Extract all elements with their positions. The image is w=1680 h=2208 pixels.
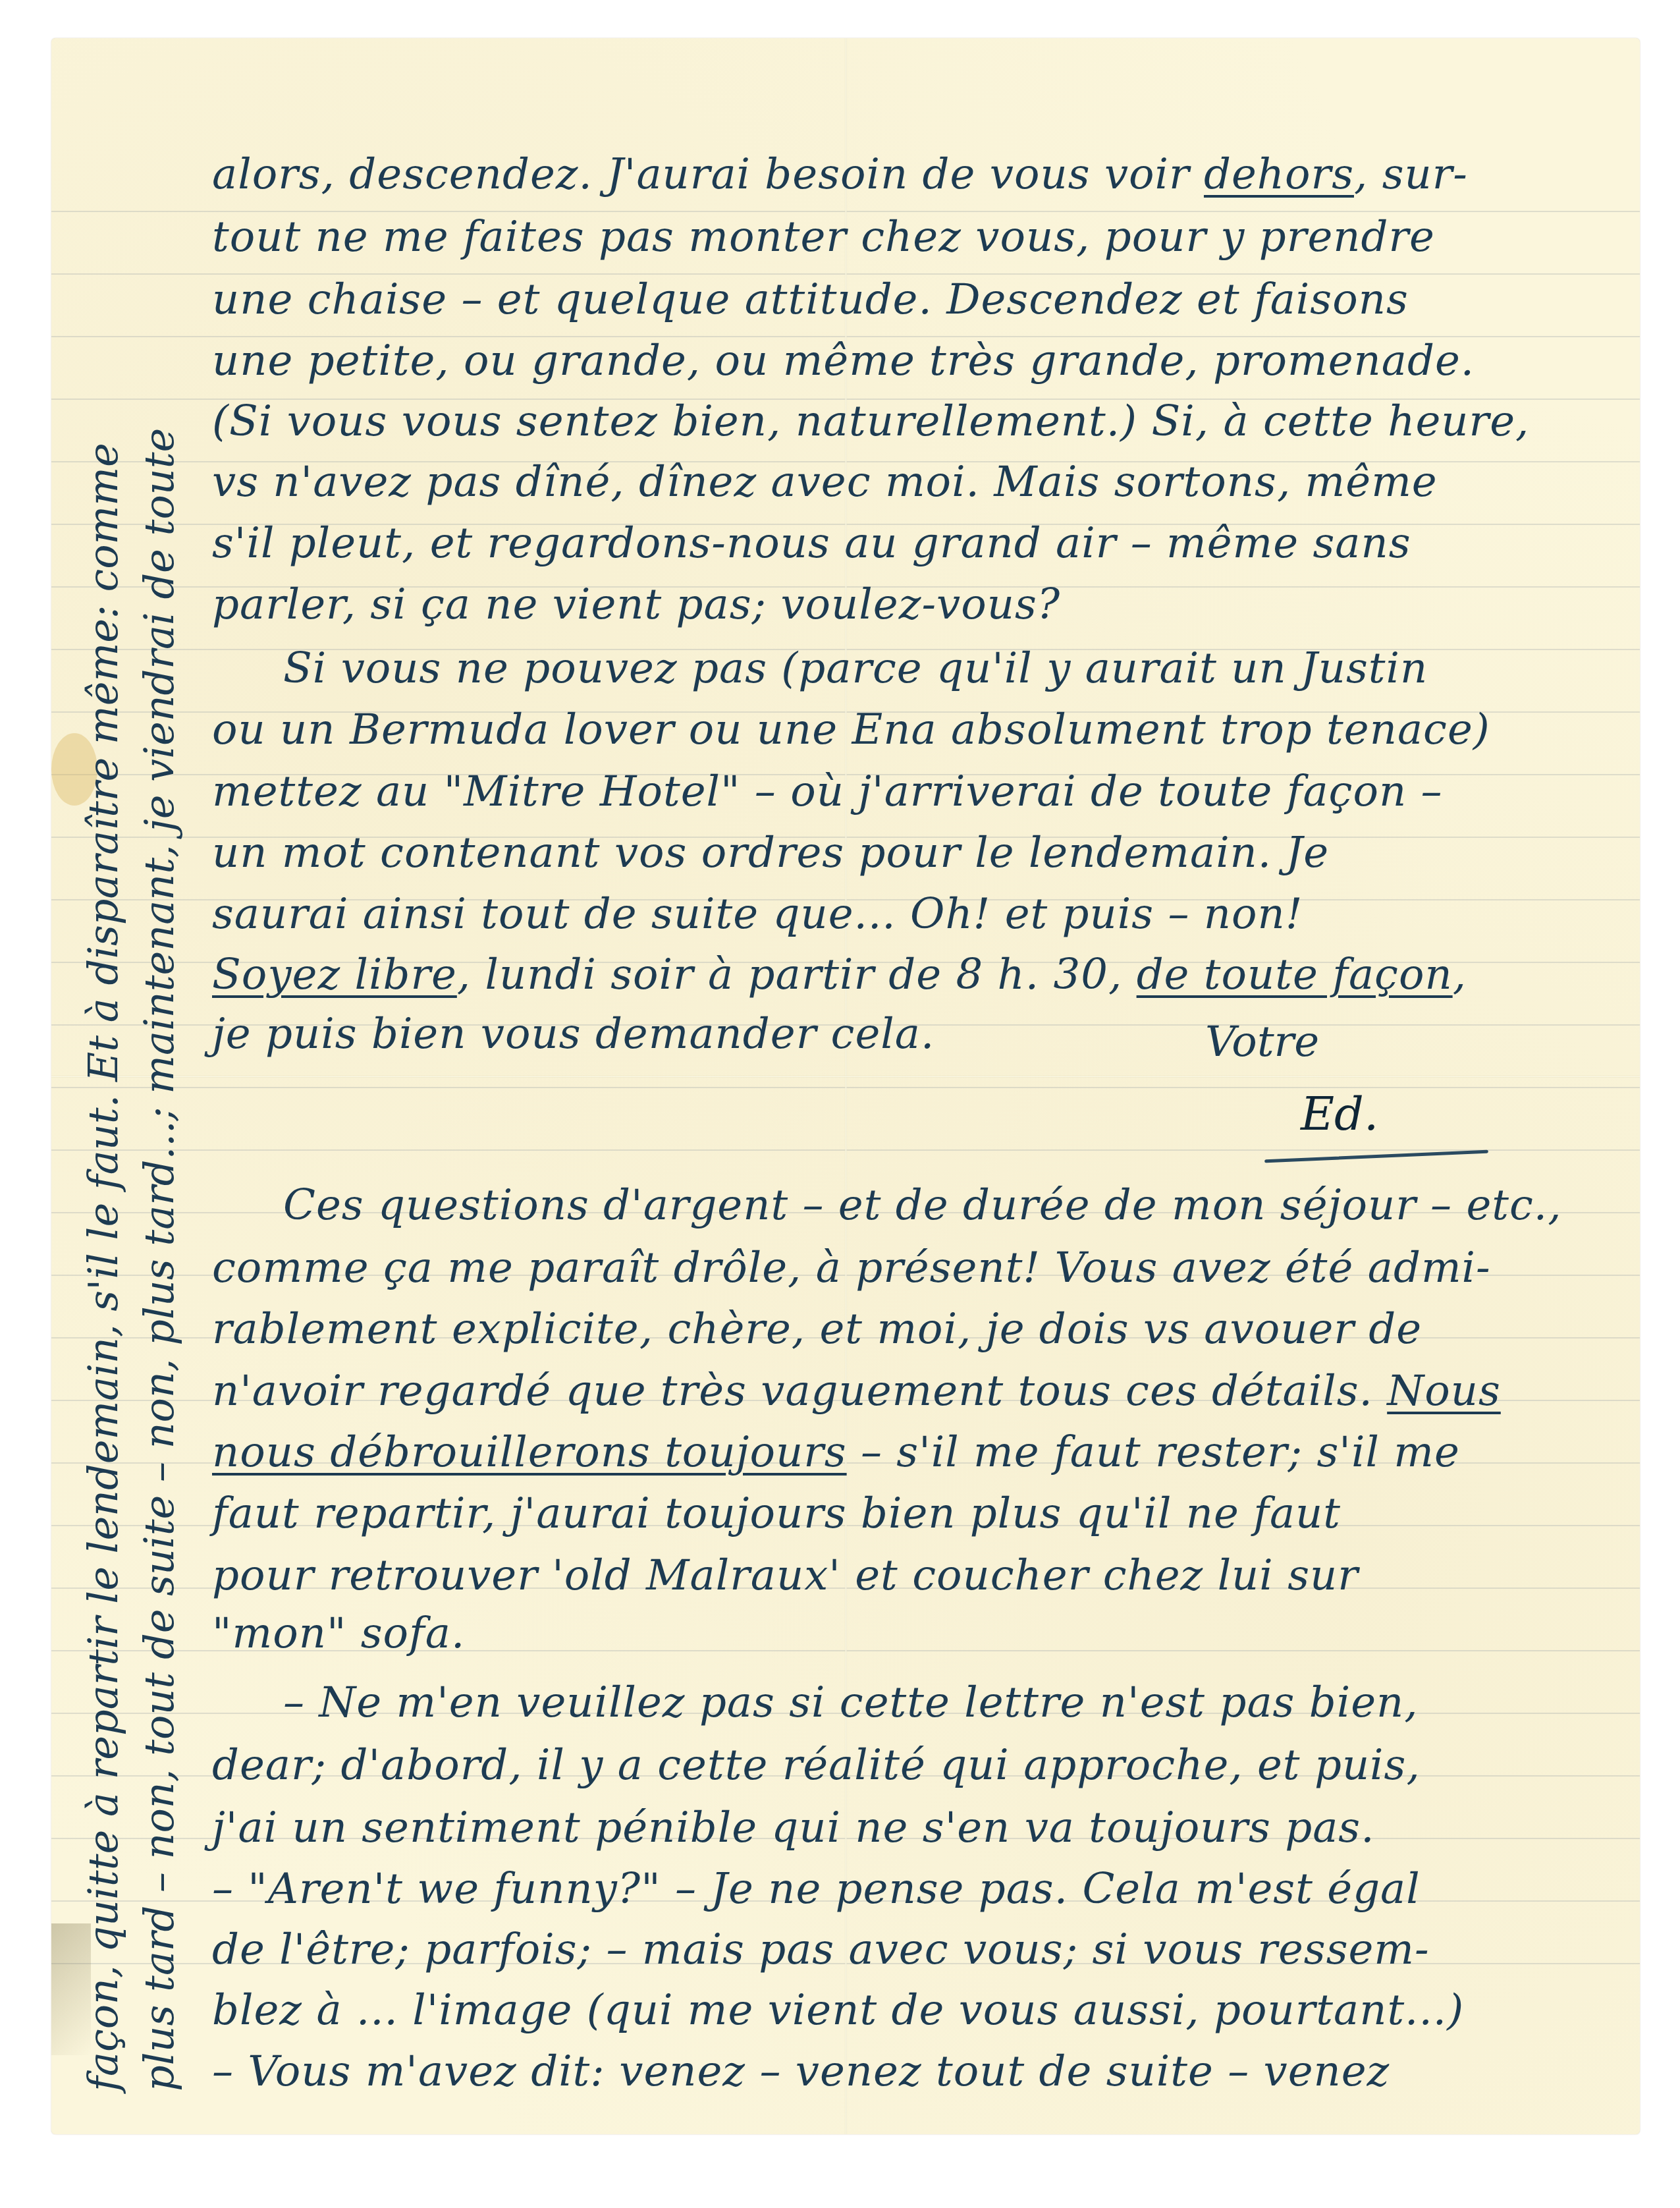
signature-closing: Votre: [1205, 1018, 1319, 1066]
letter-line: faut repartir, j'aurai toujours bien plu…: [212, 1487, 1341, 1540]
letter-line: (Si vous vous sentez bien, naturellement…: [212, 395, 1529, 448]
letter-line: – "Aren't we funny?" – Je ne pense pas. …: [212, 1863, 1421, 1916]
letter-line: comme ça me paraît drôle, à présent! Vou…: [212, 1242, 1491, 1294]
letter-line: mettez au "Mitre Hotel" – où j'arriverai…: [212, 765, 1442, 818]
letter-line: rablement explicite, chère, et moi, je d…: [212, 1303, 1422, 1356]
letter-line: saurai ainsi tout de suite que... Oh! et…: [212, 888, 1303, 941]
underlined-phrase: nous débrouillerons toujours: [212, 1428, 847, 1477]
margin-note-outer: plus tard – non, tout de suite – non, pl…: [135, 63, 183, 2091]
letter-line: s'il pleut, et regardons-nous au grand a…: [212, 517, 1411, 570]
horizontal-fold-crease: [51, 1076, 1640, 1078]
letter-line: vs n'avez pas dîné, dînez avec moi. Mais…: [212, 456, 1438, 509]
letter-line: une petite, ou grande, ou même très gran…: [212, 335, 1475, 387]
signature-name: Ed.: [1301, 1087, 1378, 1141]
letter-line: pour retrouver 'old Malraux' et coucher …: [212, 1549, 1359, 1602]
letter-line: blez à ... l'image (qui me vient de vous…: [212, 1984, 1464, 2037]
underlined-word: Nous: [1387, 1367, 1501, 1416]
letter-line: Si vous ne pouvez pas (parce qu'il y aur…: [283, 642, 1428, 695]
letter-line: nous débrouillerons toujours – s'il me f…: [212, 1426, 1460, 1479]
letter-line: une chaise – et quelque attitude. Descen…: [212, 273, 1409, 326]
letter-line: – Vous m'avez dit: venez – venez tout de…: [212, 2045, 1390, 2098]
letter-line: ou un Bermuda lover ou une Ena absolumen…: [212, 704, 1490, 756]
letter-line: Ces questions d'argent – et de durée de …: [283, 1179, 1562, 1232]
letter-line: alors, descendez. J'aurai besoin de vous…: [212, 148, 1468, 201]
letter-line: parler, si ça ne vient pas; voulez-vous?: [212, 578, 1060, 631]
letter-line: je puis bien vous demander cela.: [212, 1008, 935, 1061]
underlined-word: dehors: [1204, 150, 1354, 199]
margin-note-inner: façon, quitte à repartir le lendemain, s…: [79, 63, 127, 2091]
letter-line: n'avoir regardé que très vaguement tous …: [212, 1365, 1501, 1418]
letter-line: un mot contenant vos ordres pour le lend…: [212, 827, 1329, 879]
letter-line: j'ai un sentiment pénible qui ne s'en va…: [212, 1802, 1374, 1854]
letter-line: – Ne m'en veuillez pas si cette lettre n…: [283, 1676, 1419, 1729]
letter-line: tout ne me faites pas monter chez vous, …: [212, 211, 1435, 263]
underlined-word: Soyez libre: [212, 951, 457, 999]
letter-line: dear; d'abord, il y a cette réalité qui …: [212, 1739, 1421, 1792]
letter-line: "mon" sofa.: [212, 1607, 465, 1660]
letter-line: Soyez libre, lundi soir à partir de 8 h.…: [212, 949, 1467, 1001]
underlined-word: de toute façon: [1137, 951, 1453, 999]
letter-line: de l'être; parfois; – mais pas avec vous…: [212, 1923, 1430, 1976]
